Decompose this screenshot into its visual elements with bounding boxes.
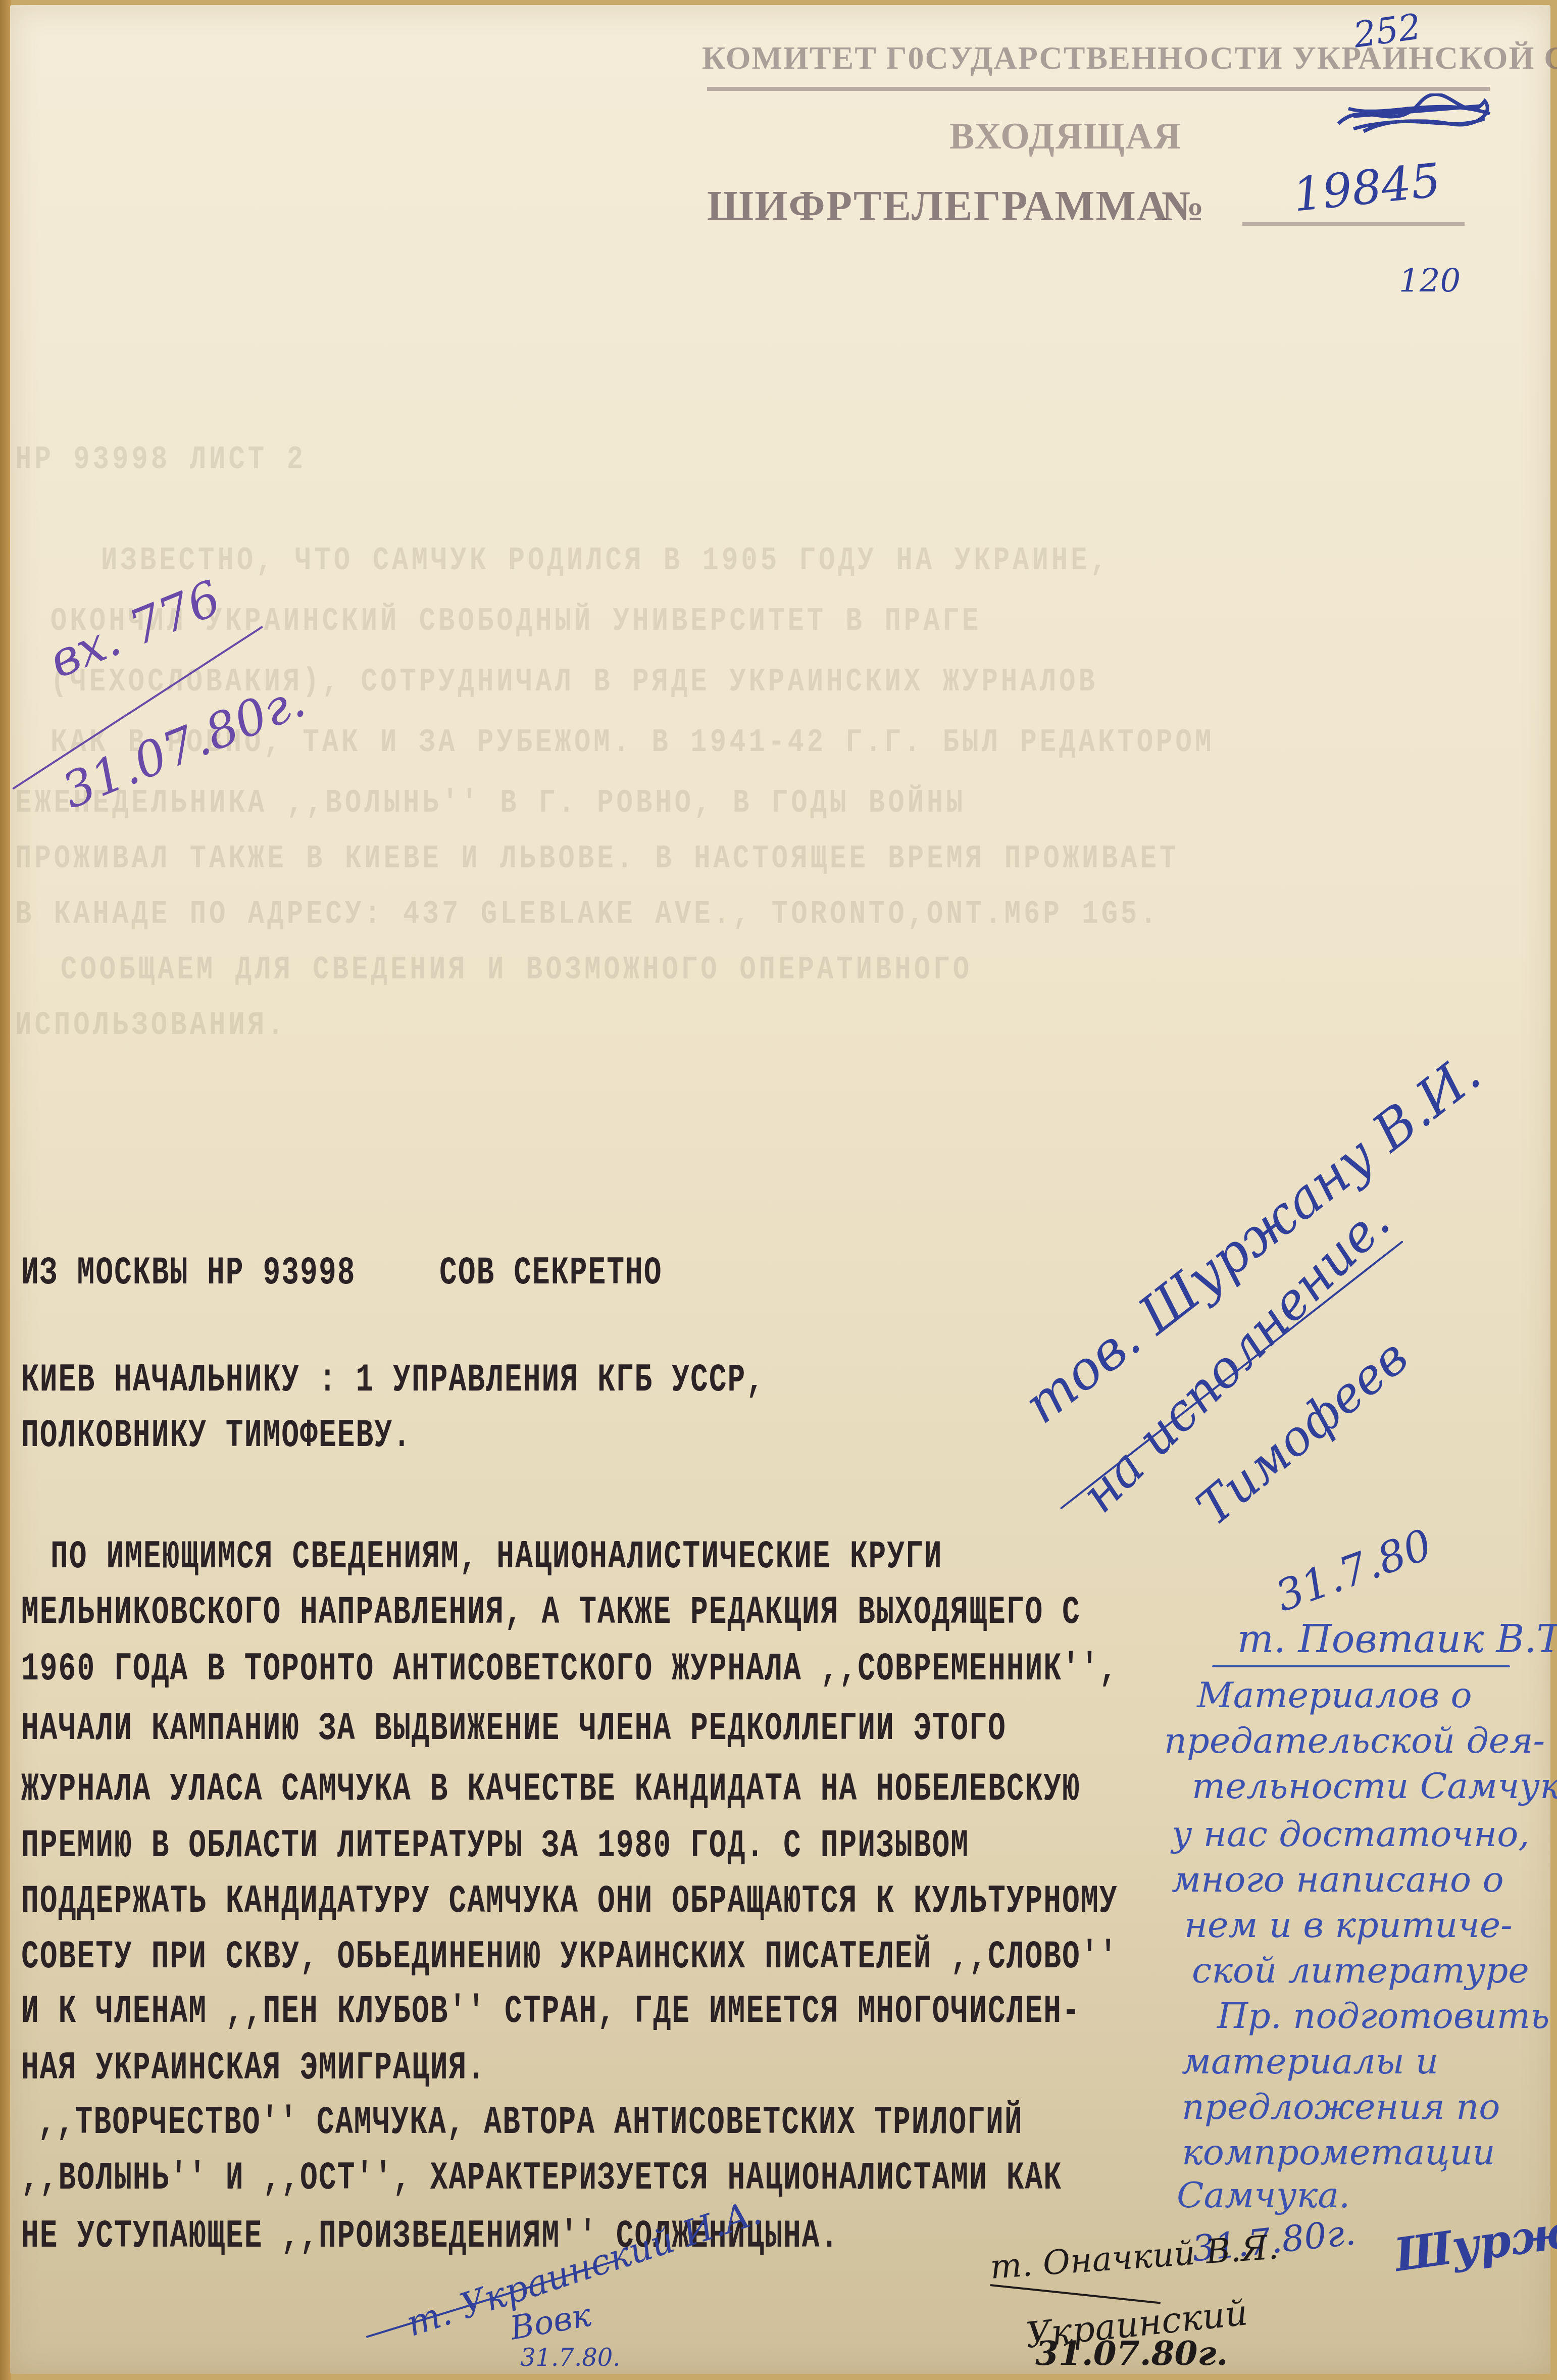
stamp-number-label: №	[1162, 182, 1205, 231]
resolution-2-line: предательской дея-	[1164, 1720, 1545, 1761]
body-line: НАЧАЛИ КАМПАНИЮ ЗА ВЫДВИЖЕНИЕ ЧЛЕНА РЕДК…	[21, 1707, 1007, 1752]
resolution-2-line: нем и в критиче-	[1184, 1904, 1513, 1946]
bleed-line-3: (ЧЕХОСЛОВАКИЯ), СОТРУДНИЧАЛ В РЯДЕ УКРАИ…	[51, 664, 1098, 701]
body-line: СОВЕТУ ПРИ СКВУ, ОБЬЕДИНЕНИЮ УКРАИНСКИХ …	[21, 1936, 1118, 1980]
telegram-to-line-2: ПОЛКОВНИКУ ТИМОФЕЕВУ.	[21, 1414, 412, 1459]
resolution-3-date: 31.7.80.	[520, 2344, 620, 2372]
page-number: 120	[1399, 263, 1461, 300]
resolution-4-date: 31.07.80г.	[1035, 2334, 1228, 2373]
bleed-line-1: ИЗВЕСТНО, ЧТО САМЧУК РОДИЛСЯ В 1905 ГОДУ…	[101, 542, 1110, 579]
body-line: ПО ИМЕЮЩИМСЯ СВЕДЕНИЯМ, НАЦИОНАЛИСТИЧЕСК…	[51, 1535, 943, 1580]
resolution-2-line: Материалов о	[1197, 1674, 1472, 1716]
bleed-line-5: ЕЖЕНЕДЕЛЬНИКА ,,ВОЛЫНЬ'' В Г. РОВНО, В Г…	[15, 785, 966, 822]
crossed-out-scribble	[1333, 93, 1500, 136]
bleed-line-8: СООБЩАЕМ ДЛЯ СВЕДЕНИЯ И ВОЗМОЖНОГО ОПЕРА…	[61, 952, 972, 988]
resolution-2-line: ской литературе	[1192, 1950, 1529, 1991]
binder-edge	[0, 0, 11, 2380]
stamp-type: ВХОДЯЩАЯ	[949, 115, 1182, 158]
stamp-rule	[707, 87, 1490, 91]
telegram-classification: СОВ СЕКРЕТНО	[439, 1252, 663, 1296]
body-line: ,,ТВОРЧЕСТВО'' САМЧУКА, АВТОРА АНТИСОВЕТ…	[38, 2101, 1023, 2146]
resolution-2-addressee: т. Повтаик В.Т.	[1237, 1616, 1557, 1661]
body-line: И К ЧЛЕНАМ ,,ПЕН КЛУБОВ'' СТРАН, ГДЕ ИМЕ…	[21, 1990, 1081, 2035]
stamp-organization: КОМИТЕТ Г0СУДАРСТВЕННОСТИ УКРАИНСКОЙ ССР	[702, 39, 1557, 77]
body-line: ПРЕМИЮ В ОБЛАСТИ ЛИТЕРАТУРЫ ЗА 1980 ГОД.…	[21, 1824, 969, 1869]
bleed-line-9: ИСПОЛЬЗОВАНИЯ.	[15, 1007, 287, 1044]
resolution-2-line: компрометации	[1182, 2131, 1495, 2173]
body-line: 1960 ГОДА В ТОРОНТО АНТИСОВЕТСКОГО ЖУРНА…	[21, 1648, 1118, 1692]
bleed-line-7: В КАНАДЕ ПО АДРЕСУ: 437 GLEBLAKE AVE., T…	[15, 896, 1160, 933]
body-line: ЖУРНАЛА УЛАСА САМЧУКА В КАЧЕСТВЕ КАНДИДА…	[21, 1768, 1081, 1812]
resolution-2-line: у нас достаточно,	[1172, 1813, 1530, 1855]
bleed-line-0: НР 93998 ЛИСТ 2	[15, 441, 306, 478]
body-line: МЕЛЬНИКОВСКОГО НАПРАВЛЕНИЯ, А ТАКЖЕ РЕДА…	[21, 1591, 1081, 1635]
resolution-2-line: материалы и	[1182, 2041, 1438, 2082]
stamp-number-rule	[1242, 222, 1465, 226]
telegram-from: ИЗ МОСКВЫ НР 93998	[21, 1252, 356, 1296]
resolution-2-line: предложения по	[1182, 2086, 1500, 2127]
resolution-2-line: Пр. подготовить	[1217, 1995, 1549, 2037]
body-line: НАЯ УКРАИНСКАЯ ЭМИГРАЦИЯ.	[21, 2047, 486, 2091]
resolution-2-line: Самчука.	[1177, 2174, 1350, 2216]
body-line: ,,ВОЛЫНЬ'' И ,,ОСТ'', ХАРАКТЕРИЗУЕТСЯ НА…	[21, 2157, 1062, 2201]
resolution-2-line: много написано о	[1172, 1859, 1504, 1900]
telegram-to-line-1: КИЕВ НАЧАЛЬНИКУ : 1 УПРАВЛЕНИЯ КГБ УССР,	[21, 1359, 765, 1403]
body-line: ПОДДЕРЖАТЬ КАНДИДАТУРУ САМЧУКА ОНИ ОБРАЩ…	[21, 1880, 1118, 1924]
stamp-title: ШИФРТЕЛЕГРАММА	[707, 182, 1169, 231]
bleed-line-6: ПРОЖИВАЛ ТАКЖЕ В КИЕВЕ И ЛЬВОВЕ. В НАСТО…	[15, 840, 1179, 877]
resolution-2-line: тельности Самчука	[1192, 1765, 1557, 1807]
resolution-2-underline	[1212, 1665, 1510, 1667]
